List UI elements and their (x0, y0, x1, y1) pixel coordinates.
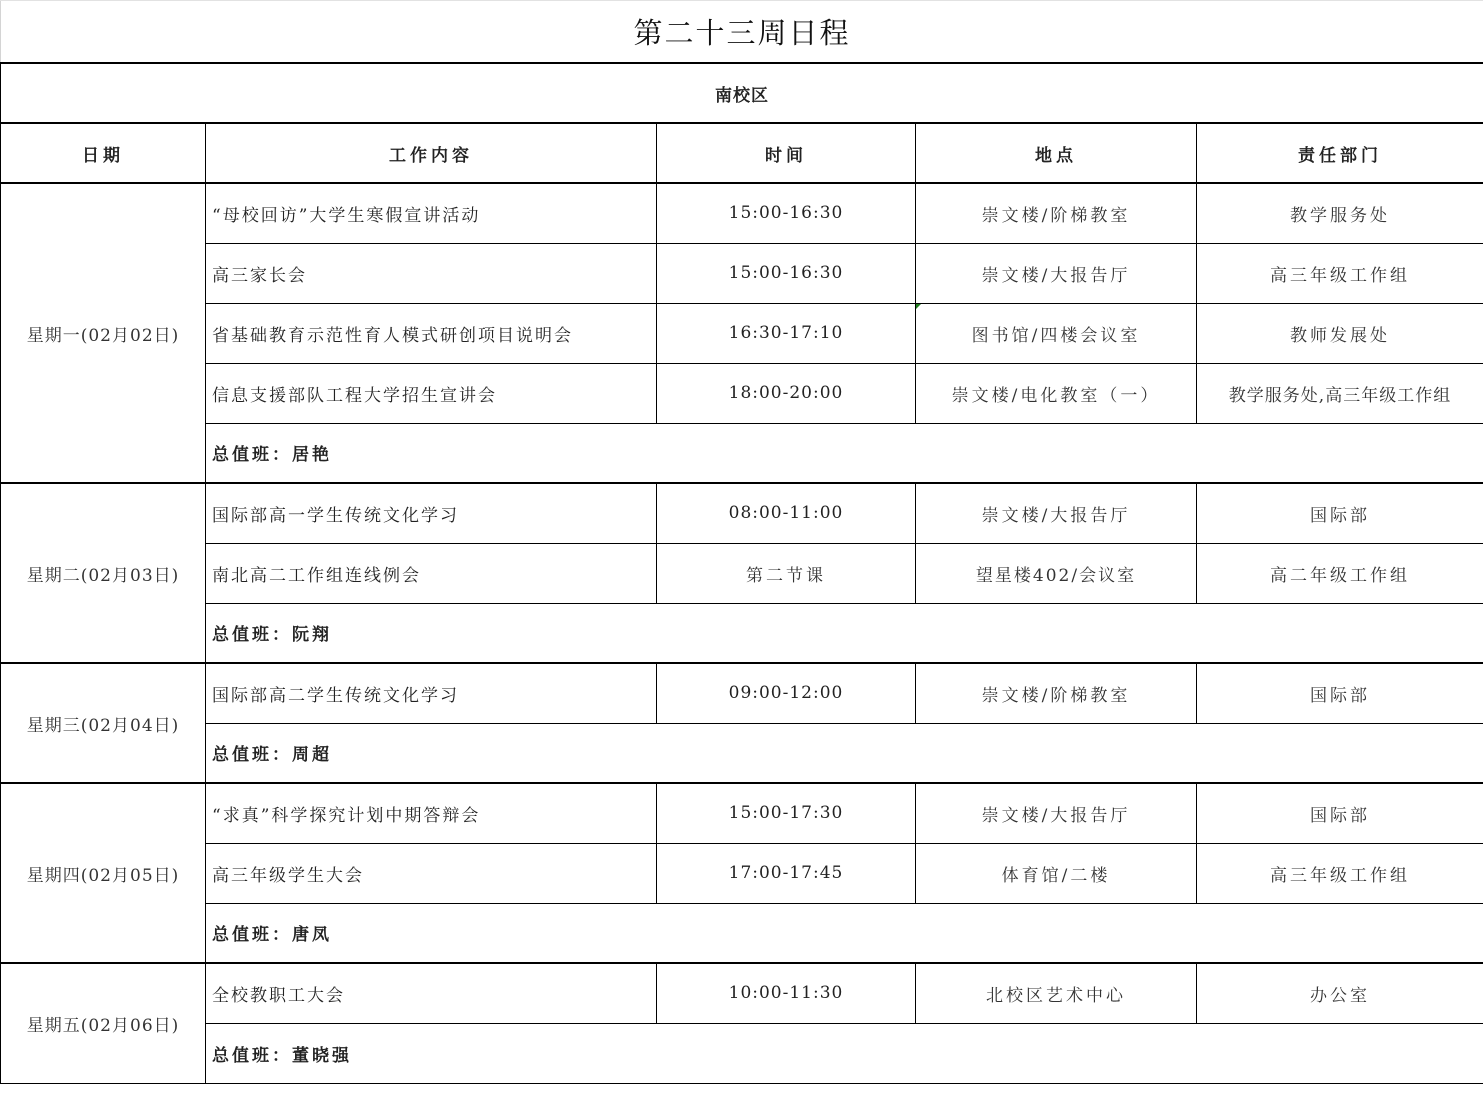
event-time-cell[interactable]: 15:00-16:30 (657, 243, 916, 303)
day-date-cell[interactable]: 星期三(02月04日) (1, 663, 206, 783)
event-time-cell[interactable]: 17:00-17:45 (657, 843, 916, 903)
event-time-cell[interactable]: 第二节课 (657, 543, 916, 603)
event-place-cell[interactable]: 崇文楼/大报告厅 (916, 243, 1197, 303)
event-content-cell[interactable]: “求真”科学探究计划中期答辩会 (206, 783, 657, 843)
table-row: 高三家长会 15:00-16:30 崇文楼/大报告厅 高三年级工作组 (1, 243, 1483, 303)
event-content-cell[interactable]: “母校回访”大学生寒假宣讲活动 (206, 183, 657, 243)
duty-officer-cell[interactable]: 总值班：董晓强 (206, 1023, 1483, 1083)
event-place-cell[interactable]: 崇文楼/电化教室（一） (916, 363, 1197, 423)
event-content-cell[interactable]: 国际部高一学生传统文化学习 (206, 483, 657, 543)
event-time-cell[interactable]: 18:00-20:00 (657, 363, 916, 423)
event-place-cell[interactable]: 崇文楼/大报告厅 (916, 483, 1197, 543)
table-row: 星期三(02月04日) 国际部高二学生传统文化学习 09:00-12:00 崇文… (1, 663, 1483, 723)
event-dept-cell[interactable]: 国际部 (1197, 663, 1483, 723)
duty-officer-cell[interactable]: 总值班：周超 (206, 723, 1483, 783)
schedule-table: 南校区 日期 工作内容 时间 地点 责任部门 星期一(02月02日) “母校回访… (0, 62, 1483, 1084)
event-time-cell[interactable]: 09:00-12:00 (657, 663, 916, 723)
table-row: 星期一(02月02日) “母校回访”大学生寒假宣讲活动 15:00-16:30 … (1, 183, 1483, 243)
duty-row: 总值班：唐凤 (1, 903, 1483, 963)
event-time-cell[interactable]: 08:00-11:00 (657, 483, 916, 543)
header-time: 时间 (657, 123, 916, 183)
event-place-cell[interactable]: 望星楼402/会议室 (916, 543, 1197, 603)
event-time-cell[interactable]: 15:00-17:30 (657, 783, 916, 843)
day-date-cell[interactable]: 星期五(02月06日) (1, 963, 206, 1083)
table-row: 星期五(02月06日) 全校教职工大会 10:00-11:30 北校区艺术中心 … (1, 963, 1483, 1023)
header-row: 日期 工作内容 时间 地点 责任部门 (1, 123, 1483, 183)
header-content: 工作内容 (206, 123, 657, 183)
event-content-cell[interactable]: 国际部高二学生传统文化学习 (206, 663, 657, 723)
event-place-cell[interactable]: 崇文楼/阶梯教室 (916, 183, 1197, 243)
event-content-cell[interactable]: 全校教职工大会 (206, 963, 657, 1023)
event-place-cell[interactable]: 体育馆/二楼 (916, 843, 1197, 903)
table-row: 南北高二工作组连线例会 第二节课 望星楼402/会议室 高二年级工作组 (1, 543, 1483, 603)
event-dept-cell[interactable]: 高三年级工作组 (1197, 843, 1483, 903)
duty-officer-cell[interactable]: 总值班：居艳 (206, 423, 1483, 483)
table-row: 星期四(02月05日) “求真”科学探究计划中期答辩会 15:00-17:30 … (1, 783, 1483, 843)
event-dept-cell[interactable]: 教师发展处 (1197, 303, 1483, 363)
header-date: 日期 (1, 123, 206, 183)
event-dept-cell[interactable]: 教学服务处,高三年级工作组 (1197, 363, 1483, 423)
event-content-cell[interactable]: 高三年级学生大会 (206, 843, 657, 903)
campus-heading: 南校区 (1, 63, 1483, 123)
event-dept-cell[interactable]: 高三年级工作组 (1197, 243, 1483, 303)
duty-row: 总值班：阮翔 (1, 603, 1483, 663)
event-content-cell[interactable]: 高三家长会 (206, 243, 657, 303)
header-place: 地点 (916, 123, 1197, 183)
title-row: 第二十三周日程 (0, 1, 1483, 62)
event-place-cell[interactable]: 北校区艺术中心 (916, 963, 1197, 1023)
duty-row: 总值班：董晓强 (1, 1023, 1483, 1083)
event-place-cell[interactable]: 崇文楼/阶梯教室 (916, 663, 1197, 723)
table-row: 信息支援部队工程大学招生宣讲会 18:00-20:00 崇文楼/电化教室（一） … (1, 363, 1483, 423)
event-content-cell[interactable]: 信息支援部队工程大学招生宣讲会 (206, 363, 657, 423)
event-dept-cell[interactable]: 办公室 (1197, 963, 1483, 1023)
event-dept-cell[interactable]: 高二年级工作组 (1197, 543, 1483, 603)
day-date-cell[interactable]: 星期二(02月03日) (1, 483, 206, 663)
campus-row: 南校区 (1, 63, 1483, 123)
event-content-cell[interactable]: 南北高二工作组连线例会 (206, 543, 657, 603)
duty-row: 总值班：周超 (1, 723, 1483, 783)
event-dept-cell[interactable]: 国际部 (1197, 783, 1483, 843)
duty-officer-cell[interactable]: 总值班：阮翔 (206, 603, 1483, 663)
event-time-cell[interactable]: 10:00-11:30 (657, 963, 916, 1023)
duty-officer-cell[interactable]: 总值班：唐凤 (206, 903, 1483, 963)
table-row: 高三年级学生大会 17:00-17:45 体育馆/二楼 高三年级工作组 (1, 843, 1483, 903)
duty-row: 总值班：居艳 (1, 423, 1483, 483)
event-dept-cell[interactable]: 教学服务处 (1197, 183, 1483, 243)
table-row: 星期二(02月03日) 国际部高一学生传统文化学习 08:00-11:00 崇文… (1, 483, 1483, 543)
header-dept: 责任部门 (1197, 123, 1483, 183)
event-place-cell[interactable]: 崇文楼/大报告厅 (916, 783, 1197, 843)
cell-note-marker-icon[interactable] (916, 304, 921, 309)
day-date-cell[interactable]: 星期一(02月02日) (1, 183, 206, 483)
event-place-text: 图书馆/四楼会议室 (972, 326, 1141, 346)
table-row: 省基础教育示范性育人模式研创项目说明会 16:30-17:10 图书馆/四楼会议… (1, 303, 1483, 363)
day-date-cell[interactable]: 星期四(02月05日) (1, 783, 206, 963)
event-dept-cell[interactable]: 国际部 (1197, 483, 1483, 543)
event-place-cell[interactable]: 图书馆/四楼会议室 (916, 303, 1197, 363)
event-content-cell[interactable]: 省基础教育示范性育人模式研创项目说明会 (206, 303, 657, 363)
page-title: 第二十三周日程 (633, 11, 850, 52)
event-time-cell[interactable]: 16:30-17:10 (657, 303, 916, 363)
event-time-cell[interactable]: 15:00-16:30 (657, 183, 916, 243)
